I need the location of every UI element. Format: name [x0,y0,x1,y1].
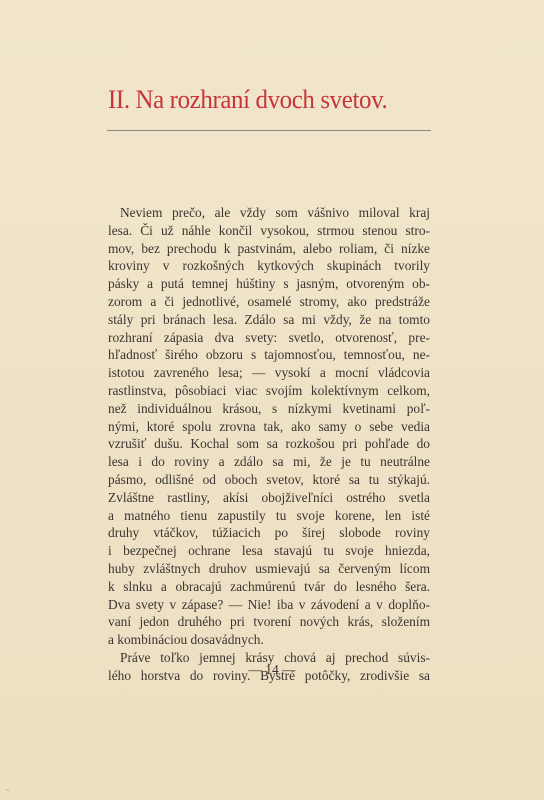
text-line: lesa. Či už náhle končil vysokou, strmou… [108,222,430,240]
text-line: istotou zavreného lesa; — vysokí a mocní… [108,364,430,382]
text-line: nými, ktoré spolu zrovna tak, ako samy o… [108,418,430,436]
text-line: stály pri bránach lesa. Zdálo sa mi vždy… [108,311,430,329]
text-line: vaní jedon druhého pri tvorení nových kr… [108,613,430,631]
text-line: kroviny v rozkošných kytkových skupinách… [108,257,430,275]
body-text: Neviem prečo, ale vždy som vášnivo milov… [108,204,430,685]
text-line: lesa i do roviny a zdálo sa mi, že je tu… [108,453,430,471]
text-line: Zvláštne rastliny, akísi obojživeľníci o… [108,489,430,507]
text-line: hľadnosť širého obzoru s tajomnosťou, te… [108,346,430,364]
text-line: zorom a či jednotlivé, osamelé stromy, a… [108,293,430,311]
text-line: a matného tienu zapustily tu svoje koren… [108,507,430,525]
text-line: rastlinstva, pôsobiaci viac svojím kolek… [108,382,430,400]
text-line: druhy vtáčkov, túžiacich po širej slobod… [108,524,430,542]
book-page: II. Na rozhraní dvoch svetov. Neviem pre… [0,0,544,800]
text-line: pásmo, odlišné od oboch svetov, ktoré sa… [108,471,430,489]
text-line: než individuálnou krásou, s nízkymi kvet… [108,400,430,418]
text-line: Dva svety v zápase? — Nie! iba v závoden… [108,596,430,614]
chapter-title: II. Na rozhraní dvoch svetov. [108,84,387,115]
text-line: mov, bez prechodu k pastvinám, alebo rol… [108,240,430,258]
text-line: i bezpečnej ochrane lesa stavajú tu svoj… [108,542,430,560]
title-divider [107,130,431,131]
text-line: huby zvláštnych druhov usmievajú sa červ… [108,560,430,578]
text-line: pásky a putá temnej húštiny s jasným, ot… [108,275,430,293]
page-number: — 14 — [0,662,544,678]
text-line: a kombináciou dosavádnych. [108,631,430,649]
text-line: Neviem prečo, ale vždy som vášnivo milov… [108,204,430,222]
text-line: rozhraní zápasia dva svety: svetlo, otvo… [108,329,430,347]
text-line: k slnku a obracajú zachmúrenú tvár do le… [108,578,430,596]
margin-pencil-mark: ᵃᶜ [6,787,10,795]
text-line: vzrušiť dušu. Kochal som sa rozkošou pri… [108,435,430,453]
